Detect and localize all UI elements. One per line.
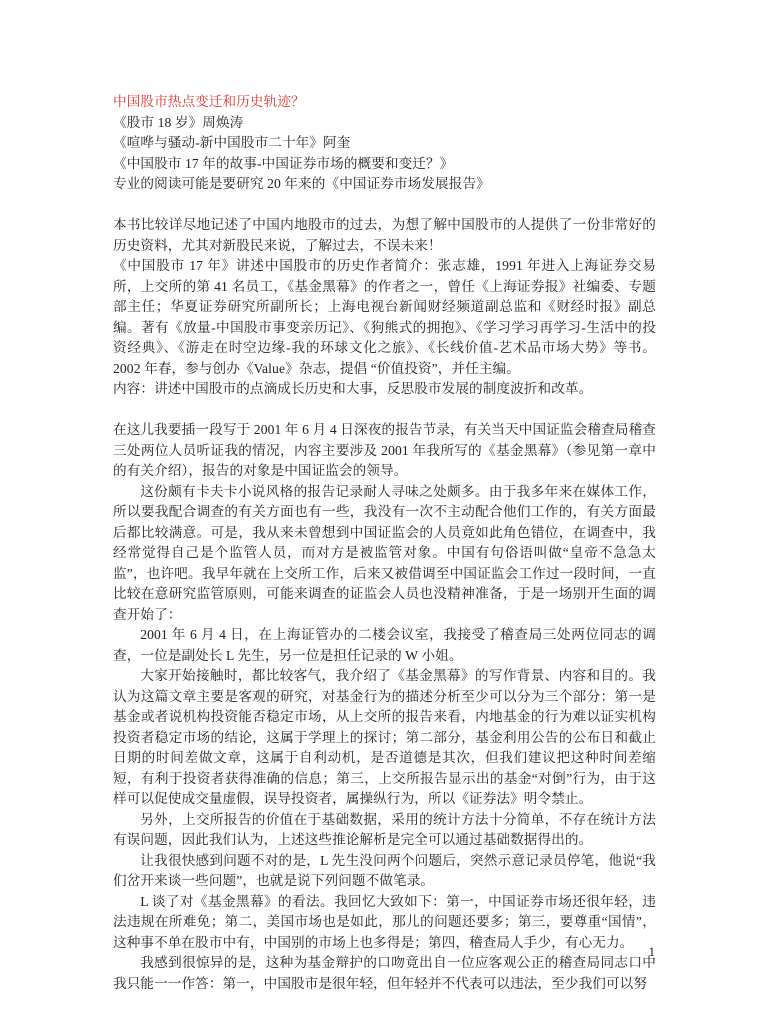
intro-paragraph: 内容：讲述中国股市的点滴成长历史和大事，反思股市发展的制度波折和改革。 bbox=[113, 379, 656, 400]
book-reference-line: 《中国股市 17 年的故事-中国证券市场的概要和变迁？》 bbox=[113, 154, 656, 175]
book-reference-line: 《喧哗与骚动-新中国股市二十年》阿奎 bbox=[113, 133, 656, 154]
document-body: 中国股市热点变迁和历史轨迹？ 《股市 18 岁》周焕涛 《喧哗与骚动-新中国股市… bbox=[113, 92, 656, 994]
page-title: 中国股市热点变迁和历史轨迹？ bbox=[113, 92, 656, 113]
body-paragraph: L 谈了对《基金黑幕》的看法。我回忆大致如下：第一，中国证券市场还很年轻，违法违… bbox=[113, 892, 656, 954]
document-page: 中国股市热点变迁和历史轨迹？ 《股市 18 岁》周焕涛 《喧哗与骚动-新中国股市… bbox=[0, 0, 768, 1024]
body-paragraph: 这份颇有卡夫卡小说风格的报告记录耐人寻味之处颇多。由于我多年来在媒体工作，所以要… bbox=[113, 482, 656, 626]
body-paragraph: 2001 年 6 月 4 日，在上海证管办的二楼会议室，我接受了稽查局三处两位同… bbox=[113, 625, 656, 666]
body-paragraph: 让我很快感到问题不对的是，L 先生没问两个问题后，突然示意记录员停笔，他说“我们… bbox=[113, 851, 656, 892]
body-paragraph: 另外，上交所报告的价值在于基础数据，采用的统计方法十分简单，不存在统计方法有误问… bbox=[113, 810, 656, 851]
body-paragraph: 我感到很惊异的是，这种为基金辩护的口吻竟出自一位应客观公正的稽查局同志口中我只能… bbox=[113, 953, 656, 994]
intro-paragraph: 《中国股市 17 年》讲述中国股市的历史作者简介：张志雄，1991 年进入上海证… bbox=[113, 256, 656, 379]
blank-line bbox=[113, 400, 656, 421]
body-paragraph: 大家开始接触时，都比较客气，我介绍了《基金黑幕》的写作背景、内容和目的。我认为这… bbox=[113, 666, 656, 810]
book-reference-line: 《股市 18 岁》周焕涛 bbox=[113, 113, 656, 134]
blank-line bbox=[113, 195, 656, 216]
page-number: 1 bbox=[649, 944, 656, 960]
book-reference-line: 专业的阅读可能是要研究 20 年来的《中国证券市场发展报告》 bbox=[113, 174, 656, 195]
body-paragraph: 在这儿我要插一段写于 2001 年 6 月 4 日深夜的报告节录，有关当天中国证… bbox=[113, 420, 656, 482]
intro-paragraph: 本书比较详尽地记述了中国内地股市的过去，为想了解中国股市的人提供了一份非常好的历… bbox=[113, 215, 656, 256]
